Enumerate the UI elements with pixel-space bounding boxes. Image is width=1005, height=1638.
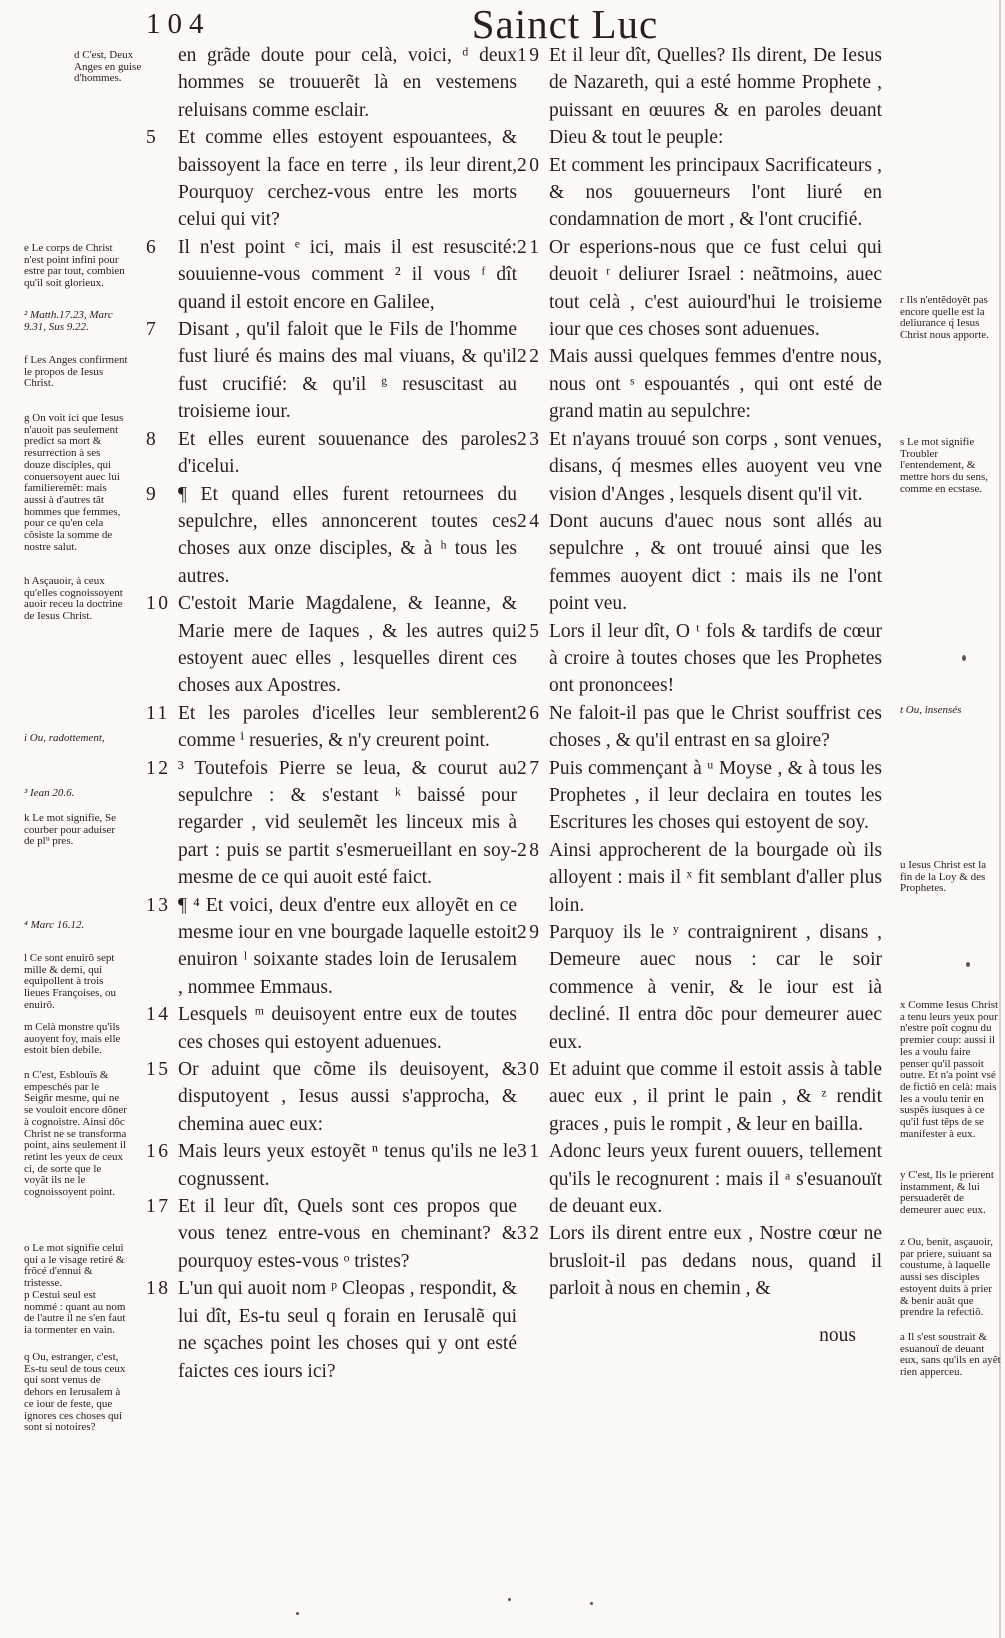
verse-number: 17: [146, 1193, 171, 1220]
margin-note-l: l Ce sont enuirõ sept mille & demi, qui …: [24, 953, 128, 1012]
text-column-left: en grãde doute pour celà, voici, ᵈ deux …: [145, 42, 517, 1385]
verse-number: 31: [517, 1138, 542, 1165]
text-column-right: 19Et il leur dît, Quelles? Ils dirent, D…: [516, 42, 882, 1369]
catchword: nous: [516, 1322, 882, 1349]
verse-number: 24: [517, 508, 542, 535]
verse-text: ³ Toutefois Pierre se leua, & courut au …: [178, 758, 517, 889]
verse-text: Et n'ayans trouué son corps , sont venue…: [549, 429, 882, 505]
verse-28: 28Ainsi approcherent de la bourgade où i…: [516, 837, 882, 919]
verse-11: 11Et les paroles d'icelles leur semblere…: [145, 700, 517, 755]
ink-speck: [966, 962, 970, 967]
verse-29: 29Parquoy ils le ʸ contraignirent , disa…: [516, 919, 882, 1056]
verse-text: Et elles eurent souuenance des paroles d…: [178, 429, 517, 477]
verse-number: 7: [146, 316, 158, 343]
verse-text: Ne faloit-il pas que le Christ souffrist…: [549, 703, 882, 751]
verse-number: 5: [146, 124, 158, 151]
verse-number: 11: [146, 700, 170, 727]
verse-number: 20: [517, 152, 542, 179]
margin-note-q: q Ou, estranger, c'est, Es-tu seul de to…: [24, 1352, 128, 1434]
verse-continuation: en grãde doute pour celà, voici, ᵈ deux …: [145, 42, 517, 124]
verse-text: L'un qui auoit nom ᵖ Cleopas , respondit…: [178, 1278, 517, 1381]
verse-text: Or aduint que cõme ils deuisoyent, & dis…: [178, 1059, 517, 1135]
verse-5: 5Et comme elles estoyent espouantees, & …: [145, 124, 517, 234]
verse-text: Mais leurs yeux estoyẽt ⁿ tenus qu'ils n…: [178, 1141, 517, 1189]
verse-8: 8Et elles eurent souuenance des paroles …: [145, 426, 517, 481]
margin-note-m: m Celà monstre qu'ils auoyent foy, mais …: [24, 1022, 128, 1057]
verse-16: 16Mais leurs yeux estoyẽt ⁿ tenus qu'ils…: [145, 1138, 517, 1193]
verse-text: Lors ils dirent entre eux , Nostre cœur …: [549, 1223, 882, 1299]
verse-10: 10C'estoit Marie Magdalene, & Ieanne, & …: [145, 590, 517, 700]
verse-number: 29: [517, 919, 542, 946]
verse-text: Or esperions-nous que ce fust celui qui …: [549, 237, 882, 340]
verse-number: 23: [517, 426, 542, 453]
verse-text: Et comme elles estoyent espouantees, & b…: [178, 127, 517, 230]
verse-number: 8: [146, 426, 158, 453]
verse-15: 15Or aduint que cõme ils deuisoyent, & d…: [145, 1056, 517, 1138]
verse-text: Lesquels ᵐ deuisoyent entre eux de toute…: [178, 1004, 517, 1052]
margin-note-e: e Le corps de Christ n'est point infini …: [24, 243, 128, 290]
verse-number: 22: [517, 343, 542, 370]
margin-note-r: r Ils n'entẽdoyẽt pas encore quelle est …: [900, 295, 1001, 342]
verse-number: 15: [146, 1056, 171, 1083]
margin-note-p: p Cestui seul est nommé : quant au nom d…: [24, 1290, 128, 1337]
running-title: Sainct Luc: [130, 0, 1000, 48]
margin-note-n: n C'est, Esblouïs & empeschés par le Sei…: [24, 1070, 128, 1199]
verse-text: ¶ ⁴ Et voici, deux d'entre eux alloyẽt e…: [178, 895, 517, 998]
verse-text: Et il leur dît, Quels sont ces propos qu…: [178, 1196, 517, 1272]
margin-note-f: f Les Anges confirment le propos de Iesu…: [24, 355, 128, 390]
verse-number: 9: [146, 481, 158, 508]
margin-note-a: a Il s'est soustrait & esuanouï de deuan…: [900, 1332, 1001, 1379]
verse-19: 19Et il leur dît, Quelles? Ils dirent, D…: [516, 42, 882, 152]
verse-text: Et comment les principaux Sacrificateurs…: [549, 155, 882, 231]
verse-6: 6Il n'est point ᵉ ici, mais il est resus…: [145, 234, 517, 316]
verse-text: Lors il leur dît, O ᵗ fols & tardifs de …: [549, 621, 882, 697]
verse-31: 31Adonc leurs yeux furent ouuers, tellem…: [516, 1138, 882, 1220]
verse-7: 7Disant , qu'il faloit que le Fils de l'…: [145, 316, 517, 426]
ink-speck: [508, 1598, 511, 1601]
margin-note-h: h Asçauoir, à ceux qu'elles cognoissoyen…: [24, 576, 128, 623]
verse-number: 28: [517, 837, 542, 864]
verse-text: Et les paroles d'icelles leur semblerent…: [178, 703, 517, 751]
verse-text: Dont aucuns d'auec nous sont allés au se…: [549, 511, 882, 614]
verse-text: C'estoit Marie Magdalene, & Ieanne, & Ma…: [178, 593, 517, 696]
verse-27: 27Puis commençant à ᵘ Moyse , & à tous l…: [516, 755, 882, 837]
verse-text: Mais aussi quelques femmes d'entre nous,…: [549, 346, 882, 422]
ink-speck: [590, 1602, 593, 1605]
verse-17: 17Et il leur dît, Quels sont ces propos …: [145, 1193, 517, 1275]
margin-note-u: u Iesus Christ est la fin de la Loy & de…: [900, 860, 1001, 895]
margin-note-t: t Ou, insensés: [900, 705, 1001, 717]
margin-note-i: i Ou, radottement,: [24, 733, 128, 745]
verse-20: 20Et comment les principaux Sacrificateu…: [516, 152, 882, 234]
verse-26: 26Ne faloit-il pas que le Christ souffri…: [516, 700, 882, 755]
margin-ref-marc: ⁴ Marc 16.12.: [24, 920, 128, 932]
verse-21: 21Or esperions-nous que ce fust celui qu…: [516, 234, 882, 344]
verse-number: 6: [146, 234, 158, 261]
verse-number: 10: [146, 590, 171, 617]
margin-note-s: s Le mot signifie Troubler l'entendement…: [900, 437, 1001, 496]
verse-30: 30Et aduint que comme il estoit assis à …: [516, 1056, 882, 1138]
verse-18: 18L'un qui auoit nom ᵖ Cleopas , respond…: [145, 1275, 517, 1385]
verse-number: 27: [517, 755, 542, 782]
verse-number: 26: [517, 700, 542, 727]
verse-22: 22Mais aussi quelques femmes d'entre nou…: [516, 343, 882, 425]
verse-text: Disant , qu'il faloit que le Fils de l'h…: [178, 319, 517, 422]
verse-14: 14Lesquels ᵐ deuisoyent entre eux de tou…: [145, 1001, 517, 1056]
verse-number: 30: [517, 1056, 542, 1083]
margin-note-d: d C'est, Deux Anges en guise d'hommes.: [74, 50, 154, 85]
verse-25: 25Lors il leur dît, O ᵗ fols & tardifs d…: [516, 618, 882, 700]
verse-number: 14: [146, 1001, 171, 1028]
verse-number: 16: [146, 1138, 171, 1165]
page-edge-shadow: [999, 0, 1001, 1638]
verse-12: 12³ Toutefois Pierre se leua, & courut a…: [145, 755, 517, 892]
verse-number: 19: [517, 42, 542, 69]
verse-text: Il n'est point ᵉ ici, mais il est resusc…: [178, 237, 517, 313]
margin-note-z: z Ou, benit, asçauoir, par priere, suiua…: [900, 1237, 1001, 1319]
verse-number: 18: [146, 1275, 171, 1302]
ink-speck: [962, 655, 966, 661]
verse-32: 32Lors ils dirent entre eux , Nostre cœu…: [516, 1220, 882, 1302]
margin-note-x: x Comme Iesus Christ a tenu leurs yeux p…: [900, 1000, 1001, 1140]
ink-speck: [296, 1612, 299, 1615]
verse-text: Adonc leurs yeux furent ouuers, tellemen…: [549, 1141, 882, 1217]
verse-text: Parquoy ils le ʸ contraignirent , disans…: [549, 922, 882, 1053]
margin-ref-iean: ³ Iean 20.6.: [24, 788, 128, 800]
verse-number: 32: [517, 1220, 542, 1247]
margin-note-y: y C'est, Ils le prierent instamment, & l…: [900, 1170, 1001, 1217]
verse-number: 25: [517, 618, 542, 645]
verse-number: 12: [146, 755, 171, 782]
margin-note-k: k Le mot signifie, Se courber pour aduis…: [24, 813, 128, 848]
verse-text: Ainsi approcherent de la bourgade où ils…: [549, 840, 882, 916]
margin-note-o: o Le mot signifie celui qui a le visage …: [24, 1243, 128, 1290]
margin-note-g: g On voit ici que Iesus n'auoit pas seul…: [24, 413, 128, 553]
verse-text: Et aduint que comme il estoit assis à ta…: [549, 1059, 882, 1135]
verse-text: Puis commençant à ᵘ Moyse , & à tous les…: [549, 758, 882, 834]
verse-13: 13¶ ⁴ Et voici, deux d'entre eux alloyẽt…: [145, 892, 517, 1002]
verse-text: Et il leur dît, Quelles? Ils dirent, De …: [549, 45, 882, 148]
verse-number: 21: [517, 234, 542, 261]
margin-ref-matth: ² Matth.17.23, Marc 9.31, Sus 9.22.: [24, 310, 128, 333]
verse-number: 13: [146, 892, 171, 919]
verse-24: 24Dont aucuns d'auec nous sont allés au …: [516, 508, 882, 618]
verse-9: 9¶ Et quand elles furent retournees du s…: [145, 481, 517, 591]
verse-23: 23Et n'ayans trouué son corps , sont ven…: [516, 426, 882, 508]
verse-text: ¶ Et quand elles furent retournees du se…: [178, 484, 517, 587]
